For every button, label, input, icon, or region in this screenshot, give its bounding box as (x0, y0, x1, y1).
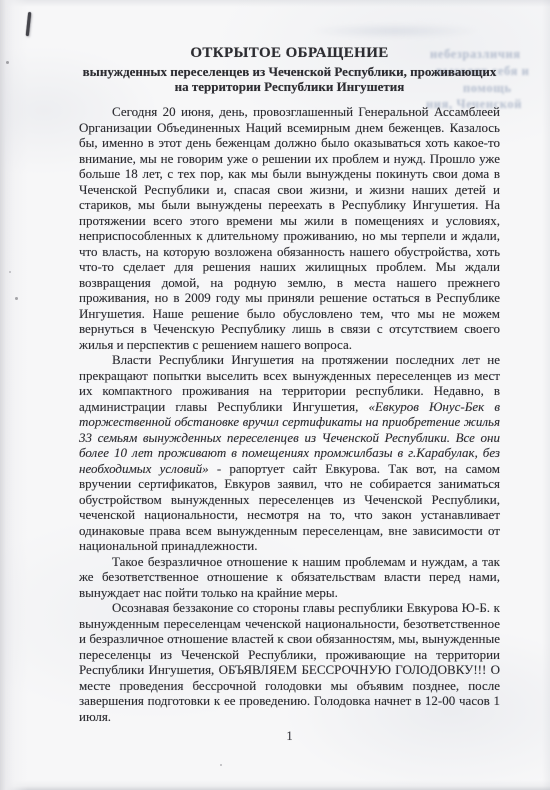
paragraph: Такое безразличное отношение к нашим про… (79, 554, 500, 601)
staple-mark (26, 12, 31, 36)
page-number: 1 (79, 729, 500, 744)
body-text-run: Сегодня 20 июня, день, провозглашенный Г… (79, 104, 500, 352)
scan-speck (15, 297, 18, 300)
bleedthrough-smudge (295, 22, 495, 40)
body-text-run: Такое безразличное отношение к нашим про… (79, 554, 500, 600)
scanned-document-page: небезразличиявыселят себя ипомощьния, Че… (0, 0, 550, 790)
document-header: ОТКРЫТОЕ ОБРАЩЕНИЕ вынужденных переселен… (79, 45, 500, 95)
paragraph: Власти Республики Ингушетия на протяжени… (79, 352, 500, 554)
body-text-run: Осознавая беззаконие со стороны главы ре… (79, 600, 500, 724)
document-subtitle: вынужденных переселенцев из Чеченской Ре… (79, 65, 500, 95)
scan-speck (220, 764, 222, 766)
scan-speck (6, 61, 9, 64)
paragraph: Осознавая беззаконие со стороны главы ре… (79, 600, 500, 724)
document-title: ОТКРЫТОЕ ОБРАЩЕНИЕ (79, 45, 500, 62)
scan-speck (9, 271, 11, 273)
paragraph: Сегодня 20 июня, день, провозглашенный Г… (79, 104, 500, 352)
document-body: Сегодня 20 июня, день, провозглашенный Г… (79, 104, 500, 724)
